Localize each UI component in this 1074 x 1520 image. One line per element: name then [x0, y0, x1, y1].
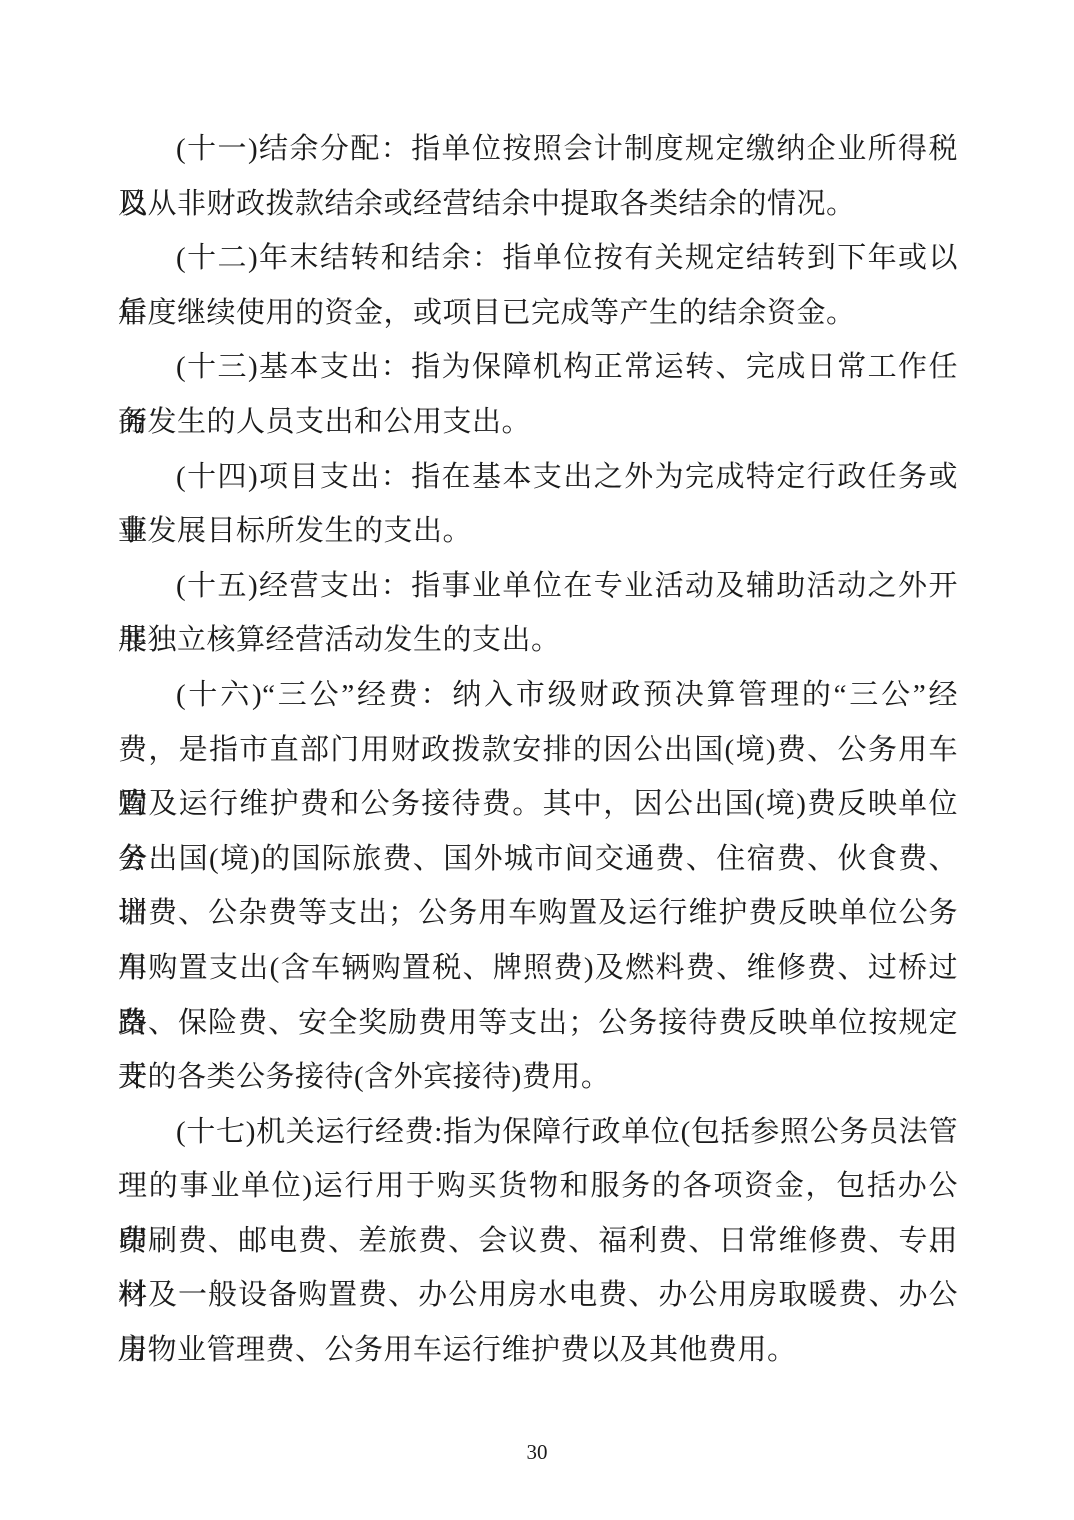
text-line: 训费、公杂费等支出；公务用车购置及运行维护费反映单位公务用 — [118, 886, 958, 941]
text-line: 费，是指市直部门用财政拨款安排的因公出国(境)费、公务用车购 — [118, 723, 958, 778]
text-line: (十三)基本支出：指为保障机构正常运转、完成日常工作任务 — [118, 340, 958, 395]
text-line: (十四)项目支出：指在基本支出之外为完成特定行政任务或事 — [118, 450, 958, 505]
paragraph-term-12: (十二)年末结转和结余：指单位按有关规定结转到下年或以后 年度继续使用的资金，或… — [118, 231, 958, 340]
text-line: (十一)结余分配：指单位按照会计制度规定缴纳企业所得税以 — [118, 122, 958, 177]
text-line: 业发展目标所发生的支出。 — [118, 504, 958, 559]
text-line: 非独立核算经营活动发生的支出。 — [118, 613, 958, 668]
text-line: 料及一般设备购置费、办公用房水电费、办公用房取暖费、办公用 — [118, 1268, 958, 1323]
paragraph-term-17: (十七)机关运行经费:指为保障行政单位(包括参照公务员法管 理的事业单位)运行用… — [118, 1105, 958, 1378]
text-line: 务出国(境)的国际旅费、国外城市间交通费、住宿费、伙食费、培 — [118, 832, 958, 887]
text-line: (十七)机关运行经费:指为保障行政单位(包括参照公务员法管 — [118, 1105, 958, 1160]
text-line: 置及运行维护费和公务接待费。其中，因公出国(境)费反映单位公 — [118, 777, 958, 832]
text-line: 车购置支出(含车辆购置税、牌照费)及燃料费、维修费、过桥过路 — [118, 941, 958, 996]
page-number: 30 — [0, 1440, 1074, 1465]
text-line: 支的各类公务接待(含外宾接待)费用。 — [118, 1050, 958, 1105]
text-line: 房物业管理费、公务用车运行维护费以及其他费用。 — [118, 1323, 958, 1378]
text-line: 费、保险费、安全奖励费用等支出；公务接待费反映单位按规定开 — [118, 996, 958, 1051]
paragraph-term-13: (十三)基本支出：指为保障机构正常运转、完成日常工作任务 而发生的人员支出和公用… — [118, 340, 958, 449]
paragraph-term-16: (十六)“三公”经费：纳入市级财政预决算管理的“三公”经 费，是指市直部门用财政… — [118, 668, 958, 1105]
paragraph-term-15: (十五)经营支出：指事业单位在专业活动及辅助活动之外开展 非独立核算经营活动发生… — [118, 559, 958, 668]
document-page: (十一)结余分配：指单位按照会计制度规定缴纳企业所得税以 及从非财政拨款结余或经… — [0, 0, 1074, 1520]
document-body: (十一)结余分配：指单位按照会计制度规定缴纳企业所得税以 及从非财政拨款结余或经… — [118, 122, 958, 1378]
text-line: (十五)经营支出：指事业单位在专业活动及辅助活动之外开展 — [118, 559, 958, 614]
paragraph-term-14: (十四)项目支出：指在基本支出之外为完成特定行政任务或事 业发展目标所发生的支出… — [118, 450, 958, 559]
text-line: (十二)年末结转和结余：指单位按有关规定结转到下年或以后 — [118, 231, 958, 286]
paragraph-term-11: (十一)结余分配：指单位按照会计制度规定缴纳企业所得税以 及从非财政拨款结余或经… — [118, 122, 958, 231]
text-line: 印刷费、邮电费、差旅费、会议费、福利费、日常维修费、专用材 — [118, 1214, 958, 1269]
text-line: 及从非财政拨款结余或经营结余中提取各类结余的情况。 — [118, 177, 958, 232]
text-line: 而发生的人员支出和公用支出。 — [118, 395, 958, 450]
text-line: (十六)“三公”经费：纳入市级财政预决算管理的“三公”经 — [118, 668, 958, 723]
text-line: 理的事业单位)运行用于购买货物和服务的各项资金，包括办公费、 — [118, 1159, 958, 1214]
text-line: 年度继续使用的资金，或项目已完成等产生的结余资金。 — [118, 286, 958, 341]
